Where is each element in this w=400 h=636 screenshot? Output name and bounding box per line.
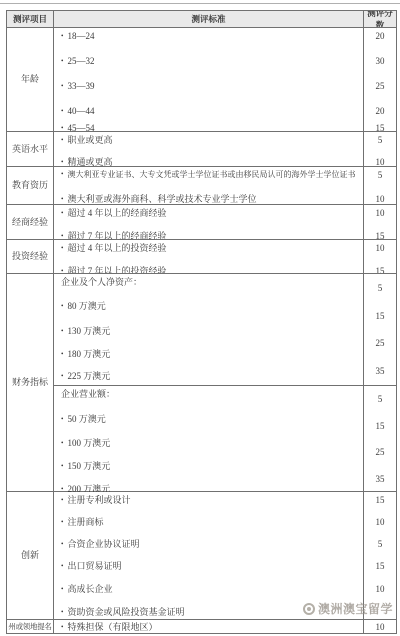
standard-text: 超过 7 年以上的经商经验: [67, 231, 166, 239]
standard-text: 精通或更高: [67, 157, 112, 166]
standard-item: •50 万澳元: [61, 411, 363, 435]
score-value: 5: [364, 283, 396, 293]
standard-text: 33—39: [67, 81, 94, 91]
standard-text: 超过 7 年以上的投资经验: [67, 266, 166, 273]
standards-cell: •职业或更高 •精通或更高: [54, 132, 363, 166]
bullet-icon: •: [61, 372, 63, 380]
standards-cell: •澳大利亚专业证书、大专文凭或学士学位证书或由移民局认可的海外学士学位证书 •澳…: [54, 167, 363, 204]
scores-cell: 5 10: [363, 132, 396, 166]
score-value: 35: [364, 474, 396, 484]
standards-cell: •注册专利或设计 •注册商标 •合资企业协议证明 •出口贸易证明 •高成长企业 …: [54, 492, 363, 619]
bullet-icon: •: [61, 608, 63, 616]
score-value: [364, 604, 396, 619]
standard-item: •超过 7 年以上的经商经验: [61, 228, 363, 239]
standard-text: 180 万澳元: [67, 349, 110, 359]
standard-item: •资助资金或风险投资基金证明: [61, 604, 363, 619]
standard-item: •100 万澳元: [61, 435, 363, 458]
score-value: 30: [364, 53, 396, 78]
standard-text: 150 万澳元: [67, 461, 110, 471]
scores-cell: 10 15: [363, 205, 396, 239]
standard-text: 注册商标: [67, 517, 103, 527]
standard-text: 100 万澳元: [67, 438, 110, 448]
standard-item: •180 万澳元: [61, 346, 363, 368]
table-row-age: 年龄 •18—24 •25—32 •33—39 •40—44 •45—54 20…: [7, 28, 396, 132]
standard-text: 高成长企业: [67, 584, 112, 594]
financial-subgroups: 企业及个人净资产： •80 万澳元 •130 万澳元 •180 万澳元 •225…: [54, 274, 396, 491]
standards-cell: •超过 4 年以上的经商经验 •超过 7 年以上的经商经验: [54, 205, 363, 239]
bullet-icon: •: [61, 267, 63, 273]
standard-item: •33—39: [61, 78, 363, 103]
score-value: 10: [364, 620, 396, 633]
standard-item: •130 万澳元: [61, 323, 363, 346]
bullet-icon: •: [61, 244, 63, 252]
standard-text: 超过 4 年以上的经商经验: [67, 208, 166, 218]
score-value: 5: [364, 167, 396, 191]
score-value: 10: [364, 514, 396, 536]
bullet-icon: •: [61, 82, 63, 90]
standard-item: •超过 7 年以上的投资经验: [61, 263, 363, 273]
assessment-table: 测评项目 测评标准 测评分数 年龄 •18—24 •25—32 •33—39 •…: [6, 10, 397, 634]
standard-text: 18—24: [67, 31, 94, 41]
standard-text: 澳大利亚或海外商科、科学或技术专业学士学位: [67, 194, 256, 204]
table-row-education: 教育资历 •澳大利亚专业证书、大专文凭或学士学位证书或由移民局认可的海外学士学位…: [7, 167, 396, 205]
score-value: 15: [364, 492, 396, 514]
bullet-icon: •: [61, 415, 63, 423]
standard-text: 澳大利亚专业证书、大专文凭或学士学位证书或由移民局认可的海外学士学位证书: [67, 170, 355, 179]
standard-text: 45—54: [67, 123, 94, 131]
standard-text: 合资企业协议证明: [67, 539, 139, 549]
standard-item: •注册专利或设计: [61, 492, 363, 514]
bullet-icon: •: [61, 136, 63, 144]
bullet-icon: •: [61, 496, 63, 504]
bullet-icon: •: [61, 562, 63, 570]
bullet-icon: •: [61, 585, 63, 593]
bullet-icon: •: [61, 462, 63, 470]
standard-item: •80 万澳元: [61, 298, 363, 323]
score-value: 20: [364, 103, 396, 120]
score-value: 15: [364, 120, 396, 131]
group-label-business-experience: 经商经验: [7, 205, 54, 239]
scores-cell: 10: [363, 620, 396, 633]
header-score-column: 测评分数: [363, 11, 396, 27]
standard-item: •出口贸易证明: [61, 558, 363, 581]
standard-item: •注册商标: [61, 514, 363, 536]
group-label-education: 教育资历: [7, 167, 54, 204]
standard-item: •澳大利亚或海外商科、科学或技术专业学士学位: [61, 191, 363, 204]
group-label-financial: 财务指标: [7, 274, 54, 491]
bullet-icon: •: [61, 327, 63, 335]
standard-item: •18—24: [61, 28, 363, 53]
bullet-icon: •: [61, 623, 63, 631]
table-row-financial: 财务指标 企业及个人净资产： •80 万澳元 •130 万澳元 •180 万澳元…: [7, 274, 396, 492]
standard-item: •200 万澳元: [61, 481, 363, 492]
bullet-icon: •: [61, 158, 63, 166]
table-header-row: 测评项目 测评标准 测评分数: [7, 11, 396, 28]
score-value: 5: [364, 394, 396, 404]
bullet-icon: •: [61, 439, 63, 447]
bullet-icon: •: [61, 350, 63, 358]
standard-item: •合资企业协议证明: [61, 536, 363, 558]
standard-text: 130 万澳元: [67, 326, 110, 336]
score-value: 25: [364, 447, 396, 457]
scores-cell: 20 30 25 20 15: [363, 28, 396, 131]
score-value: 5: [364, 536, 396, 558]
standard-item: •40—44: [61, 103, 363, 120]
bullet-icon: •: [61, 540, 63, 548]
standard-text: 25—32: [67, 56, 94, 66]
score-value: 15: [364, 421, 396, 431]
standards-cell: •特殊担保（有限地区）: [54, 620, 363, 633]
score-value: 10: [364, 205, 396, 228]
score-value: 35: [364, 366, 396, 376]
standard-text: 50 万澳元: [67, 414, 105, 424]
table-row-business-experience: 经商经验 •超过 4 年以上的经商经验 •超过 7 年以上的经商经验 10 15: [7, 205, 396, 240]
standard-text: 200 万澳元: [67, 484, 110, 492]
standard-item: •25—32: [61, 53, 363, 78]
scores-cell: 15 10 5 15 10: [363, 492, 396, 619]
table-row-state-nomination: 州或领地提名 •特殊担保（有限地区） 10: [7, 620, 396, 633]
score-value: 15: [364, 558, 396, 581]
standard-text: 40—44: [67, 106, 94, 116]
score-value: 10: [364, 581, 396, 604]
standard-item: •职业或更高: [61, 132, 363, 154]
standard-item: •超过 4 年以上的经商经验: [61, 205, 363, 228]
standard-text: 特殊担保（有限地区）: [67, 622, 157, 632]
group-label-innovation: 创新: [7, 492, 54, 619]
standard-item: •超过 4 年以上的投资经验: [61, 240, 363, 263]
score-value: 15: [364, 228, 396, 239]
bullet-icon: •: [61, 107, 63, 115]
score-value: 10: [364, 191, 396, 204]
scores-cell: 5 15 25 35: [363, 274, 396, 385]
bullet-icon: •: [61, 302, 63, 310]
bullet-icon: •: [61, 170, 63, 178]
bullet-icon: •: [61, 124, 63, 131]
standard-item: •精通或更高: [61, 154, 363, 166]
table-row-investment-experience: 投资经验 •超过 4 年以上的投资经验 •超过 7 年以上的投资经验 10 15: [7, 240, 396, 274]
subgroup-net-assets: 企业及个人净资产： •80 万澳元 •130 万澳元 •180 万澳元 •225…: [54, 274, 396, 386]
standards-cell: •超过 4 年以上的投资经验 •超过 7 年以上的投资经验: [54, 240, 363, 273]
bullet-icon: •: [61, 518, 63, 526]
standard-item: •150 万澳元: [61, 458, 363, 481]
standard-item: •225 万澳元: [61, 368, 363, 385]
standard-text: 资助资金或风险投资基金证明: [67, 607, 184, 617]
standard-item: •澳大利亚专业证书、大专文凭或学士学位证书或由移民局认可的海外学士学位证书: [61, 167, 363, 191]
standard-text: 职业或更高: [67, 135, 112, 145]
standard-text: 注册专利或设计: [67, 495, 130, 505]
bullet-icon: •: [61, 57, 63, 65]
group-label-investment-experience: 投资经验: [7, 240, 54, 273]
score-value: 20: [364, 28, 396, 53]
page-divider: [0, 3, 400, 4]
scores-cell: 5 15 25 35: [363, 386, 396, 492]
table-row-english: 英语水平 •职业或更高 •精通或更高 5 10: [7, 132, 396, 167]
standards-cell: •18—24 •25—32 •33—39 •40—44 •45—54: [54, 28, 363, 131]
score-value: 10: [364, 154, 396, 166]
scores-cell: 10 15: [363, 240, 396, 273]
standard-text: 超过 4 年以上的投资经验: [67, 243, 166, 253]
score-value: 25: [364, 78, 396, 103]
scores-cell: 5 10: [363, 167, 396, 204]
group-label-state-nomination: 州或领地提名: [7, 620, 54, 633]
score-value: 15: [364, 311, 396, 321]
subgroup-header: 企业营业额：: [61, 386, 363, 411]
table-row-innovation: 创新 •注册专利或设计 •注册商标 •合资企业协议证明 •出口贸易证明 •高成长…: [7, 492, 396, 620]
group-label-age: 年龄: [7, 28, 54, 131]
standards-cell: 企业及个人净资产： •80 万澳元 •130 万澳元 •180 万澳元 •225…: [54, 274, 363, 385]
bullet-icon: •: [61, 485, 63, 492]
bullet-icon: •: [61, 209, 63, 217]
standard-text: 出口贸易证明: [67, 561, 121, 571]
header-standard-column: 测评标准: [54, 11, 363, 27]
bullet-icon: •: [61, 232, 63, 239]
score-value: 25: [364, 338, 396, 348]
standard-item: •高成长企业: [61, 581, 363, 604]
score-value: 5: [364, 132, 396, 154]
standard-item: •45—54: [61, 120, 363, 131]
standard-item: •特殊担保（有限地区）: [61, 620, 363, 633]
bullet-icon: •: [61, 195, 63, 203]
subgroup-header: 企业及个人净资产：: [61, 274, 363, 298]
group-label-english: 英语水平: [7, 132, 54, 166]
standard-text: 80 万澳元: [67, 301, 105, 311]
score-value: 15: [364, 263, 396, 273]
subgroup-turnover: 企业营业额： •50 万澳元 •100 万澳元 •150 万澳元 •200 万澳…: [54, 386, 396, 492]
bullet-icon: •: [61, 32, 63, 40]
score-value: 10: [364, 240, 396, 263]
standards-cell: 企业营业额： •50 万澳元 •100 万澳元 •150 万澳元 •200 万澳…: [54, 386, 363, 492]
standard-text: 225 万澳元: [67, 371, 110, 381]
header-item-column: 测评项目: [7, 11, 54, 27]
